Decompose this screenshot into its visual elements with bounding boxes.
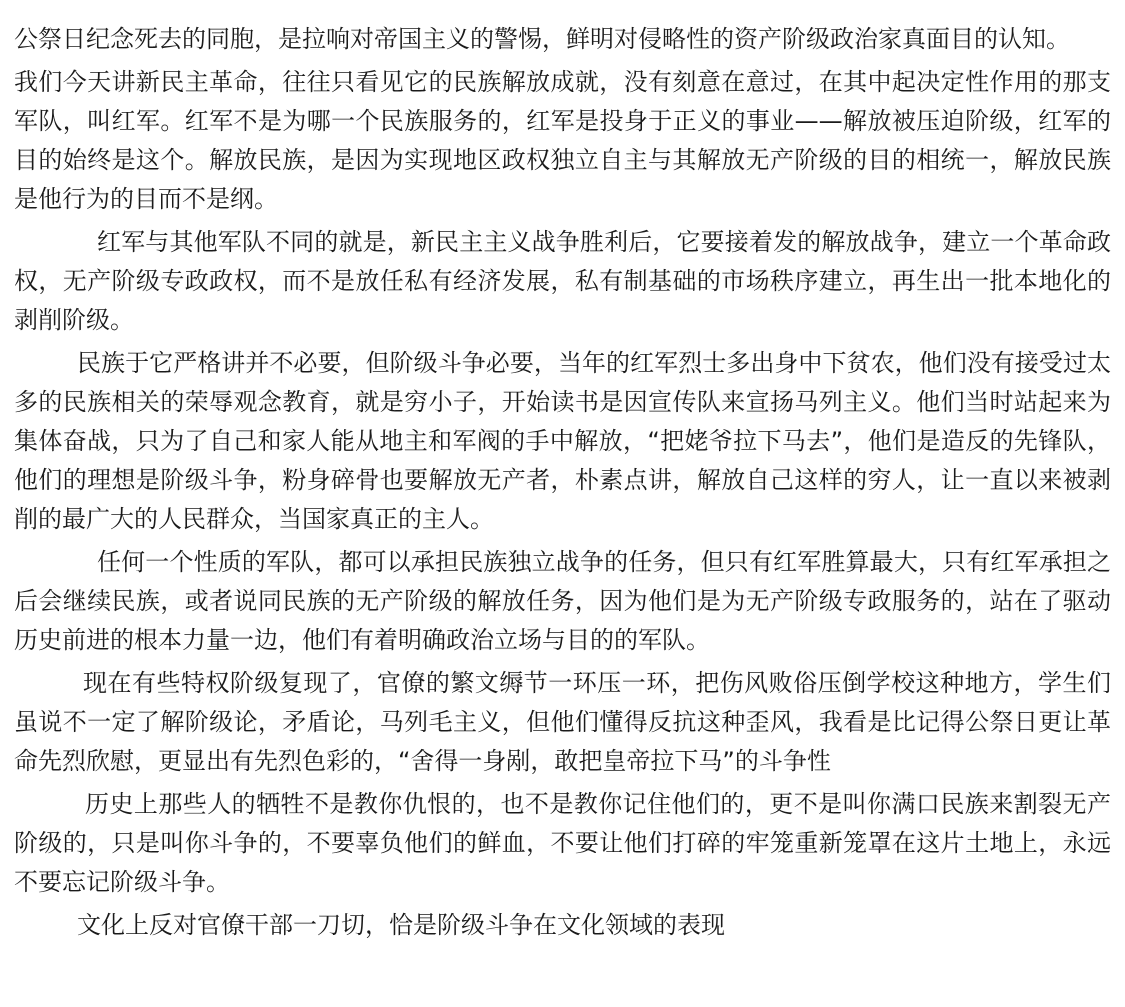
paragraph-4: 民族于它严格讲并不必要，但阶级斗争必要，当年的红军烈士多出身中下贫农，他们没有接… <box>14 344 1111 539</box>
paragraph-7: 历史上那些人的牺牲不是教你仇恨的，也不是教你记住他们的，更不是叫你满口民族来割裂… <box>14 785 1111 902</box>
document-page: 公祭日纪念死去的同胞，是拉响对帝国主义的警惕，鲜明对侵略性的资产阶级政治家真面目… <box>0 0 1125 1007</box>
paragraph-6: 现在有些特权阶级复现了，官僚的繁文缛节一环压一环，把伤风败俗压倒学校这种地方，学… <box>14 664 1111 781</box>
paragraph-8: 文化上反对官僚干部一刀切，恰是阶级斗争在文化领域的表现 <box>14 906 1111 945</box>
paragraph-3: 红军与其他军队不同的就是，新民主主义战争胜利后，它要接着发的解放战争，建立一个革… <box>14 223 1111 340</box>
paragraph-2: 我们今天讲新民主革命，往往只看见它的民族解放成就，没有刻意在意过，在其中起决定性… <box>14 63 1111 219</box>
paragraph-5: 任何一个性质的军队，都可以承担民族独立战争的任务，但只有红军胜算最大，只有红军承… <box>14 543 1111 660</box>
paragraph-1: 公祭日纪念死去的同胞，是拉响对帝国主义的警惕，鲜明对侵略性的资产阶级政治家真面目… <box>14 20 1111 59</box>
